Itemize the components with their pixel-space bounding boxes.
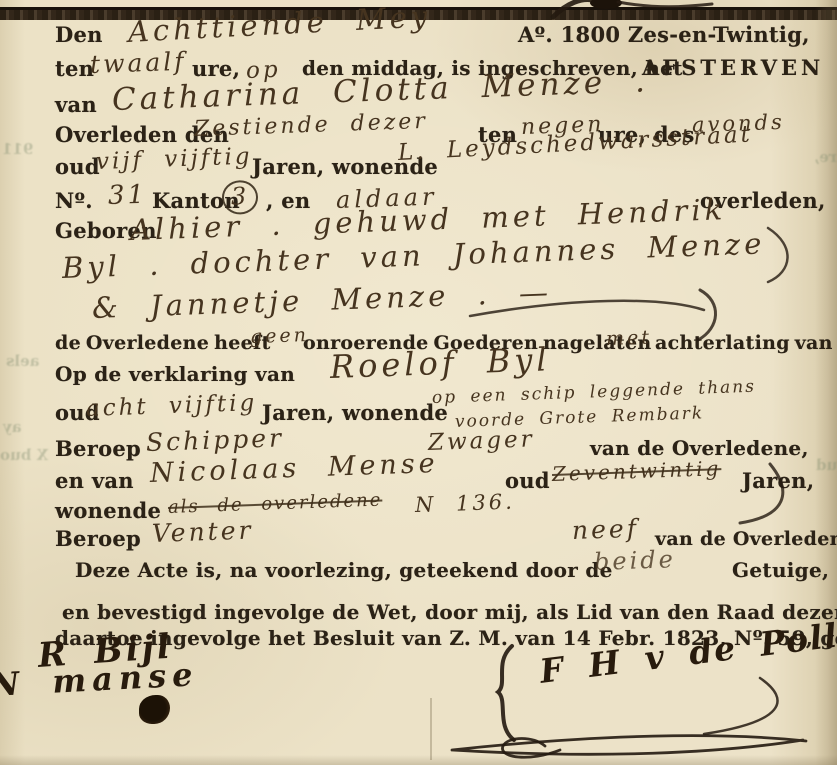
hw-age: vijf vijftig (96, 144, 253, 175)
hw-met: met (606, 326, 653, 350)
signature-tail-flourish-icon (704, 678, 778, 734)
hendrik-flourish-icon (768, 228, 788, 282)
printed-den: Den (55, 22, 103, 47)
bleedthrough-fragment: X buo (0, 446, 48, 464)
hw-beide: beide (594, 545, 677, 576)
signature-brace-icon (498, 646, 514, 740)
death-record-scan: Den Achttiende Mey Aº. 1800 Zes-en-Twint… (0, 0, 837, 765)
hw-relation2: neef (571, 514, 639, 545)
printed-getuige: Getuige, (732, 558, 829, 582)
hw-house-number: 31 (107, 180, 147, 211)
bleedthrough-fragment: ure, (814, 148, 837, 166)
hw-relation1: Zwager (428, 426, 536, 456)
bleedthrough-fragment: ay (3, 418, 21, 436)
hw-declarant1-occupation: Schipper (145, 423, 284, 457)
printed-jaren-wonende2: Jaren, wonende (262, 400, 448, 425)
printed-bevestigd-line: en bevestigd ingevolge de Wet, door mij,… (62, 600, 837, 624)
hw-declarant2-address: als de overledene (168, 490, 383, 518)
printed-vd-overledene2: van de Overledene. (655, 528, 837, 550)
printed-no: Nº. (55, 188, 93, 213)
bleedthrough-fragment: aels (6, 352, 39, 370)
printed-beroep2: Beroep (55, 526, 141, 551)
printed-ten: ten (55, 56, 94, 81)
printed-afsterven: AFSTERVEN (642, 55, 824, 80)
bleedthrough-fragment: 911 (2, 140, 33, 158)
printed-overledene-heeft: de Overledene heeft (55, 332, 271, 354)
printed-verklaring-van: Op de verklaring van (55, 362, 295, 386)
printed-van: van (55, 92, 97, 117)
printed-oud: oud (55, 154, 100, 179)
hw-hour: twaalf (89, 47, 186, 79)
printed-deze-acte: Deze Acte is, na voorlezing, geteekend d… (75, 558, 613, 582)
printed-beroep1: Beroep (55, 436, 141, 461)
printed-year: Aº. 1800 Zes-en-Twintig, (518, 22, 810, 47)
hw-declarant1-name: Roelof Byl (329, 340, 551, 386)
hw-declarant2-age: Zeventwintig (552, 456, 722, 486)
printed-jaren2: Jaren, (742, 468, 814, 493)
hw-declarant2-housenr: N 136. (415, 490, 516, 517)
hw-geen: geen (250, 324, 310, 348)
hw-declarant1-address-1: op een schip leggende thans (432, 377, 757, 408)
bleedthrough-fragment: oud (816, 456, 837, 474)
hw-mother-line: & Jannetje Menze . — (91, 275, 552, 325)
signature-underline-leaf-icon (452, 736, 806, 755)
printed-wonende3: wonende (55, 498, 161, 523)
signature-witness2: N manse (0, 655, 199, 704)
hw-declarant2-occupation: Venter (151, 515, 253, 548)
printed-en-van: en van (55, 468, 134, 493)
ink-blot (139, 695, 170, 724)
page-bottom-edge-shadow (0, 755, 837, 765)
paper-crease (430, 698, 432, 760)
hw-declarant1-age: acht vijftig (86, 390, 258, 422)
printed-achterlating-kind: achterlating van Kind (655, 332, 837, 354)
